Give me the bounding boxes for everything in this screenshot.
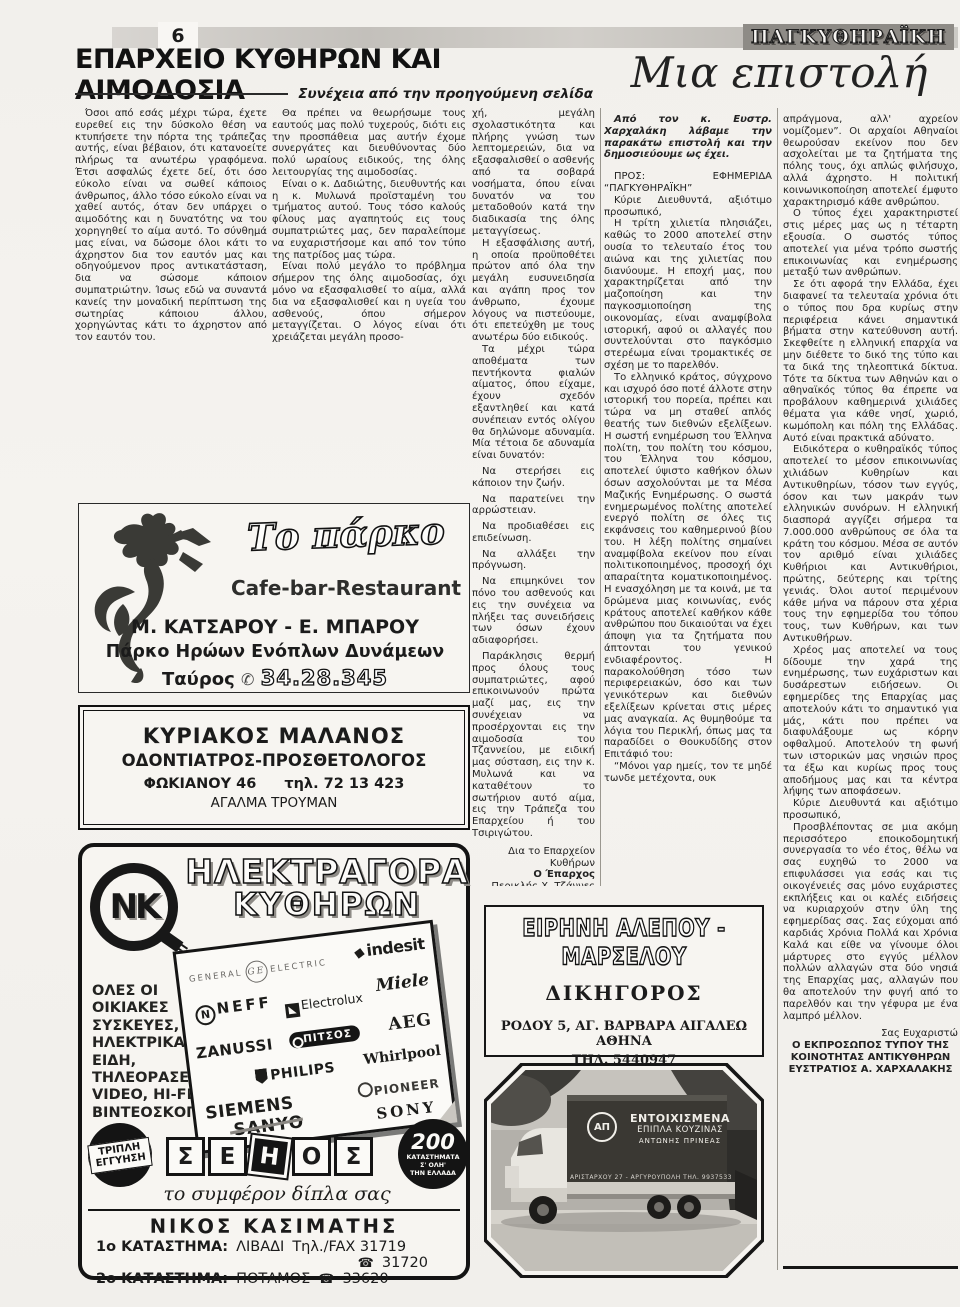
brand-indesit: ◆indesit (353, 934, 425, 961)
store1-phone: Τηλ./FAX 31719 (292, 1239, 406, 1255)
brand-label: PIONEER (373, 1076, 440, 1098)
store-row-2: 2ο ΚΑΤΑΣΤΗΜΑ: ΠΟΤΑΜΟΣ ☎ 33620 (96, 1271, 456, 1287)
continuation-note: Συνέχεια από την προηγούμενη σελίδα (298, 86, 593, 102)
parko-figure-illustration (83, 508, 228, 690)
ge-monogram-icon: GE (244, 959, 269, 984)
store2-label: 2ο ΚΑΤΑΣΤΗΜΑ: (96, 1271, 228, 1287)
article-list-item: Να προδιαθέσει εις επιδείνωση. (472, 521, 595, 545)
phone-icon: ☎ (358, 1256, 374, 1271)
letter-paragraph: Το ελληνικό κράτος, σύγχρονο και ισχυρό … (604, 372, 772, 761)
brand-pitsos: ΠΙΤΣΟΣ (288, 1025, 361, 1050)
malanos-name: ΚΥΡΙΑΚΟΣ ΜΑΛΑΝΟΣ (84, 724, 464, 748)
alepou-address: ΡΟΔΟΥ 5, ΑΓ. ΒΑΡΒΑΡΑ ΑΙΓΑΛΕΩ ΑΘΗΝΑ (486, 1019, 762, 1049)
parko-area: Ταύρος (162, 669, 235, 690)
letter-paragraph: Χρέος μας αποτελεί να τους δίδουμε την χ… (783, 645, 958, 798)
brand-whirlpool: Whirlpool (363, 1043, 442, 1068)
brand-zanussi: ZANUSSI (195, 1035, 274, 1062)
letter-intro: Από τον κ. Ευστρ. Χαρχαλάκη λάβαμε την π… (604, 114, 772, 161)
malanos-profession: ΟΔΟΝΤΙΑΤΡΟΣ-ΠΡΟΣΘΕΤΟΛΟΓΟΣ (84, 751, 464, 770)
letter-column-1: Από τον κ. Ευστρ. Χαρχαλάκη λάβαμε την π… (604, 114, 772, 902)
article-paragraph: χή, μεγάλη σχολαστικότητα και πλήρης γνώ… (472, 108, 595, 238)
newspaper-page: ΠΑΓΚΥΘΗΡΑΪΚΗ 6 ΕΠΑΡΧΕΙΟ ΚΥΘΗΡΩΝ ΚΑΙ ΑΙΜΟ… (0, 0, 960, 1307)
brand-philips: PHILIPS (255, 1060, 337, 1086)
column-divider (777, 108, 778, 1270)
elektragora-slogan: το συμφέρον δίπλα σας (142, 1183, 412, 1205)
malanos-landmark: ΑΓΑΛΜΑ ΤΡΟΥΜΑΝ (84, 795, 464, 811)
article-paragraph: Θα πρέπει να θεωρήσωμε τους εαυτούς μας … (272, 108, 466, 179)
prineas-logo-icon: ΑΠ (587, 1112, 617, 1142)
malanos-inner-frame: ΚΥΡΙΑΚΟΣ ΜΑΛΑΝΟΣ ΟΔΟΝΤΙΑΤΡΟΣ-ΠΡΟΣΘΕΤΟΛΟΓ… (83, 710, 465, 825)
stores-200-badge: 200 ΚΑΤΑΣΤΗΜΑΤΑ Σ' ΟΛΗ' ΤΗΝ ΕΛΛΑΔΑ (398, 1119, 468, 1189)
article-list-item: Να παρατείνει την αρρώστειαν. (472, 494, 595, 518)
store1-phone2: 31720 (382, 1255, 428, 1271)
article-column-2: Θα πρέπει να θεωρήσωμε τους εαυτούς μας … (272, 108, 466, 496)
article-signoff-name: Περικλής Χ. Τζάννες (472, 881, 595, 886)
brand-label: GENERAL (188, 968, 243, 984)
elektragora-title-line1: ΗΛΕΚΤΡΑΓΟΡΑ (184, 855, 470, 889)
brand-label: NEFF (216, 993, 273, 1018)
parko-owners: Μ. ΚΑΤΣΑΡΟΥ - Ε. ΜΠΑΡΟΥ (87, 616, 463, 638)
parko-title: Το πάρκο (226, 508, 465, 560)
sehos-letter-tile: Σ (166, 1137, 205, 1176)
brand-aeg: AEG (387, 1010, 433, 1035)
article-paragraph: Η εξασφάλισης αυτή, η οποία προϋποθέτει … (472, 238, 595, 344)
sehos-letter-tile: Ε (208, 1137, 247, 1176)
brand-electrolux: ◣Electrolux (284, 990, 364, 1018)
letter-paragraph: Ειδικότερα ο κυθηραϊκός τύπος αποτελεί τ… (783, 444, 958, 645)
masthead-box: ΠΑΓΚΥΘΗΡΑΪΚΗ (743, 24, 954, 50)
article-paragraph: Είναι ο κ. Δαδιώτης, διευθυντής και η κ.… (272, 179, 466, 262)
letter-paragraph: Η τρίτη χιλιετία πλησιάζει, καθώς το 200… (604, 218, 772, 371)
sehos-letter-tile: Η (248, 1135, 291, 1178)
malanos-phone: τηλ. 72 13 423 (284, 776, 404, 792)
article-column-3: χή, μεγάλη σχολαστικότητα και πλήρης γνώ… (472, 108, 595, 886)
pioneer-circle-icon (357, 1081, 374, 1098)
continuation-row: Συνέχεια από την προηγούμενη σελίδα (75, 86, 593, 102)
elektragora-stores: 1ο ΚΑΤΑΣΤΗΜΑ: ΛΙΒΑΔΙ Τηλ./FAX 31719 ☎ 31… (96, 1239, 456, 1287)
letter-paragraph: Ο τύπος έχει χαρακτηριστεί στις μέρες μα… (783, 208, 958, 279)
stores-200-text: ΚΑΤΑΣΤΗΜΑΤΑ Σ' ΟΛΗ' ΤΗΝ ΕΛΛΑΔΑ (406, 1154, 459, 1178)
triple-guarantee-badge: ΤΡΙΠΛΗ ΕΓΓΥΗΣΗ (88, 1123, 152, 1187)
letter-signoff-thanks: Σας Ευχαριστώ (783, 1028, 958, 1040)
phone-icon: ✆ (241, 670, 254, 689)
triple-guarantee-label: ΤΡΙΠΛΗ ΕΓΓΥΗΣΗ (87, 1136, 153, 1173)
indesit-diamond-icon: ◆ (353, 944, 365, 961)
sehos-logo: Σ Ε Η Ο Σ (166, 1137, 373, 1176)
letter-signoff-name: ΕΥΣΤΡΑΤΙΟΣ Α. ΧΑΡΧΑΛΑΚΗΣ (783, 1064, 958, 1076)
brand-panel: GENERAL GE ELECTRIC ◆indesit NNEFF ◣Elec… (173, 920, 458, 1154)
ad-parko-cafe: Το πάρκο Cafe-bar-Restaurant Μ. ΚΑΤΣΑΡΟΥ… (78, 503, 470, 693)
alepou-profession: ΔΙΚΗΓΟΡΟΣ (486, 981, 762, 1005)
elektragora-title-line2: ΚΥΘΗΡΩΝ (184, 889, 470, 921)
prineas-line1: ΕΝΤΟΙΧΙΣΜΕΝΑ (623, 1112, 737, 1125)
brand-label: Electrolux (300, 990, 364, 1012)
elektragora-divider (88, 1209, 460, 1211)
prineas-line2: ΕΠΙΠΛΑ ΚΟΥΖΙΝΑΣ (623, 1125, 737, 1135)
store-row-1: 1ο ΚΑΤΑΣΤΗΜΑ: ΛΙΒΑΔΙ Τηλ./FAX 31719 (96, 1239, 456, 1255)
letter-signoff-title: Ο ΕΚΠΡΟΣΩΠΟΣ ΤΥΠΟΥ ΤΗΣ ΚΟΙΝΟΤΗΤΑΣ ΑΝΤΙΚΥ… (783, 1040, 958, 1064)
ad-alepou-lawyer: ΕΙΡΗΝΗ ΑΛΕΠΟΥ - ΜΑΡΣΕΛΟΥ ΔΙΚΗΓΟΡΟΣ ΡΟΔΟΥ… (484, 905, 764, 1057)
masthead-title: ΠΑΓΚΥΘΗΡΑΪΚΗ (751, 26, 946, 48)
article-list-item: Να στερήσει εις κάποιον την ζωήν. (472, 466, 595, 490)
electrolux-square-icon: ◣ (285, 1003, 301, 1019)
store2-place: ΠΟΤΑΜΟΣ (236, 1271, 310, 1287)
letter-column-2: απράγμονα, αλλ' αχρείον νομίζομεν”. Οι α… (783, 114, 958, 1264)
article-column-1: Όσοι από εσάς μέχρι τώρα, έχετε ευρεθεί … (75, 108, 267, 408)
elektragora-title: ΗΛΕΚΤΡΑΓΟΡΑ ΚΥΘΗΡΩΝ (184, 855, 470, 922)
phone-icon: ☎ (318, 1272, 334, 1287)
article-list-item: Να επιμηκύνει τον πόνο του ασθενούς και … (472, 576, 595, 647)
parko-phone-number: 34.28.345 (261, 666, 388, 690)
elektragora-owner: ΝΙΚΟΣ ΚΑΣΙΜΑΤΗΣ (82, 1215, 466, 1238)
malanos-contact-row: ΦΩΚΙΑΝΟΥ 46τηλ. 72 13 423 (84, 776, 464, 792)
stores-200-number: 200 (411, 1130, 455, 1154)
article-paragraph: Τα μέχρι τώρα αποθέματα των πεντήκοντα φ… (472, 344, 595, 462)
prineas-address-line: ΑΡΙΣΤΑΡΧΟΥ 27 - ΑΡΓΥΡΟΥΠΟΛΗ ΤΗΛ. 9937533 (561, 1174, 741, 1181)
store-row-1b: ☎ 31720 (96, 1255, 456, 1271)
letter-paragraph: Κύριε Διευθυντά, αξιότιμο προσωπικό, (604, 195, 772, 219)
letter-paragraph: απράγμονα, αλλ' αχρείον νομίζομεν”. Οι α… (783, 114, 958, 208)
letter-paragraph: Κύριε Διευθυντά και αξιότιμο προσωπικό, (783, 798, 958, 822)
sehos-letter-tile: Σ (334, 1137, 373, 1176)
letter-paragraph: Προσβλέποντας σε μια ακόμη περισσότερο ε… (783, 822, 958, 1023)
brand-neff: NNEFF (194, 993, 274, 1026)
article-paragraph: Όσοι από εσάς μέχρι τώρα, έχετε ευρεθεί … (75, 108, 267, 344)
truck-photo-scene (491, 1070, 757, 1271)
parko-address: Πάρκο Ηρώων Ενόπλων Δυνάμεων (87, 642, 463, 662)
plug-icon (159, 930, 184, 952)
brand-pioneer: PIONEER (357, 1073, 441, 1100)
article-list-item: Να αλλάξει την πρόγνωση. (472, 549, 595, 573)
article-signoff-title: Ο Έπαρχος (472, 869, 595, 881)
parko-subtitle: Cafe-bar-Restaurant (227, 576, 465, 600)
ad-elektragora-kythiron: NK ΗΛΕΚΤΡΑΓΟΡΑ ΚΥΘΗΡΩΝ ΟΛΕΣ ΟΙ ΟΙΚΙΑΚΕΣ … (78, 843, 470, 1280)
letter-paragraph: “Μόνοι γαρ ημείς, τον τε μηδέ τωνδε μετέ… (604, 761, 772, 785)
letter-paragraph: Σε ότι αφορά την Ελλάδα, έχει διαφανεί τ… (783, 279, 958, 444)
sehos-letter-tile: Ο (292, 1137, 331, 1176)
brand-general-electric: GENERAL GE ELECTRIC (188, 952, 328, 991)
neff-circle-icon: N (194, 1004, 216, 1026)
brand-label: indesit (365, 934, 425, 960)
parko-phone-row: Ταύρος ✆ 34.28.345 (87, 666, 463, 690)
article-paragraph: Παράκλησις θερμή προς όλους τους συμπατρ… (472, 651, 595, 840)
column-divider (600, 108, 601, 886)
store1-place: ΛΙΒΑΔΙ (236, 1239, 284, 1255)
malanos-address: ΦΩΚΙΑΝΟΥ 46 (144, 776, 257, 792)
store1-label: 1ο ΚΑΤΑΣΤΗΜΑ: (96, 1239, 228, 1255)
philips-shield-icon (255, 1068, 269, 1084)
brand-label: PHILIPS (269, 1060, 336, 1084)
ad-malanos-dentist: ΚΥΡΙΑΚΟΣ ΜΑΛΑΝΟΣ ΟΔΟΝΤΙΑΤΡΟΣ-ΠΡΟΣΘΕΤΟΛΟΓ… (78, 705, 470, 830)
article-paragraph: Είναι πολύ μεγάλο το πρόβλημα σήμερον τη… (272, 261, 466, 344)
truck-photo: ΑΠ ΕΝΤΟΙΧΙΣΜΕΝΑ ΕΠΙΠΛΑ ΚΟΥΖΙΝΑΣ ΑΝΤΩΝΗΣ … (491, 1070, 757, 1271)
headline-rule (75, 93, 288, 95)
letter-paragraph: ΠΡΟΣ: ΕΦΗΜΕΡΙΔΑ “ΠΑΓΚΥΘΗΡΑΪΚΗ” (604, 171, 772, 195)
brand-miele: Miele (375, 970, 430, 996)
store2-phone: 33620 (342, 1271, 388, 1287)
truck-sign: ΑΠ ΕΝΤΟΙΧΙΣΜΕΝΑ ΕΠΙΠΛΑ ΚΟΥΖΙΝΑΣ ΑΝΤΩΝΗΣ … (587, 1112, 737, 1145)
alepou-name: ΕΙΡΗΝΗ ΑΛΕΠΟΥ - ΜΑΡΣΕΛΟΥ (486, 913, 762, 971)
brand-label: ELECTRIC (270, 958, 328, 975)
prineas-line3: ΑΝΤΩΝΗΣ ΠΡΙΝΕΑΣ (623, 1137, 737, 1145)
nk-logo-letters: NK (110, 887, 159, 927)
ad-prineas-truck: ΑΠ ΕΝΤΟΙΧΙΣΜΕΝΑ ΕΠΙΠΛΑ ΚΟΥΖΙΝΑΣ ΑΝΤΩΝΗΣ … (484, 1063, 764, 1278)
article-signoff-for: Δια το Επαρχείον Κυθήρων (472, 846, 595, 870)
letter-end-rule (783, 1266, 958, 1269)
letter-heading: Μια επιστολή (600, 48, 958, 97)
